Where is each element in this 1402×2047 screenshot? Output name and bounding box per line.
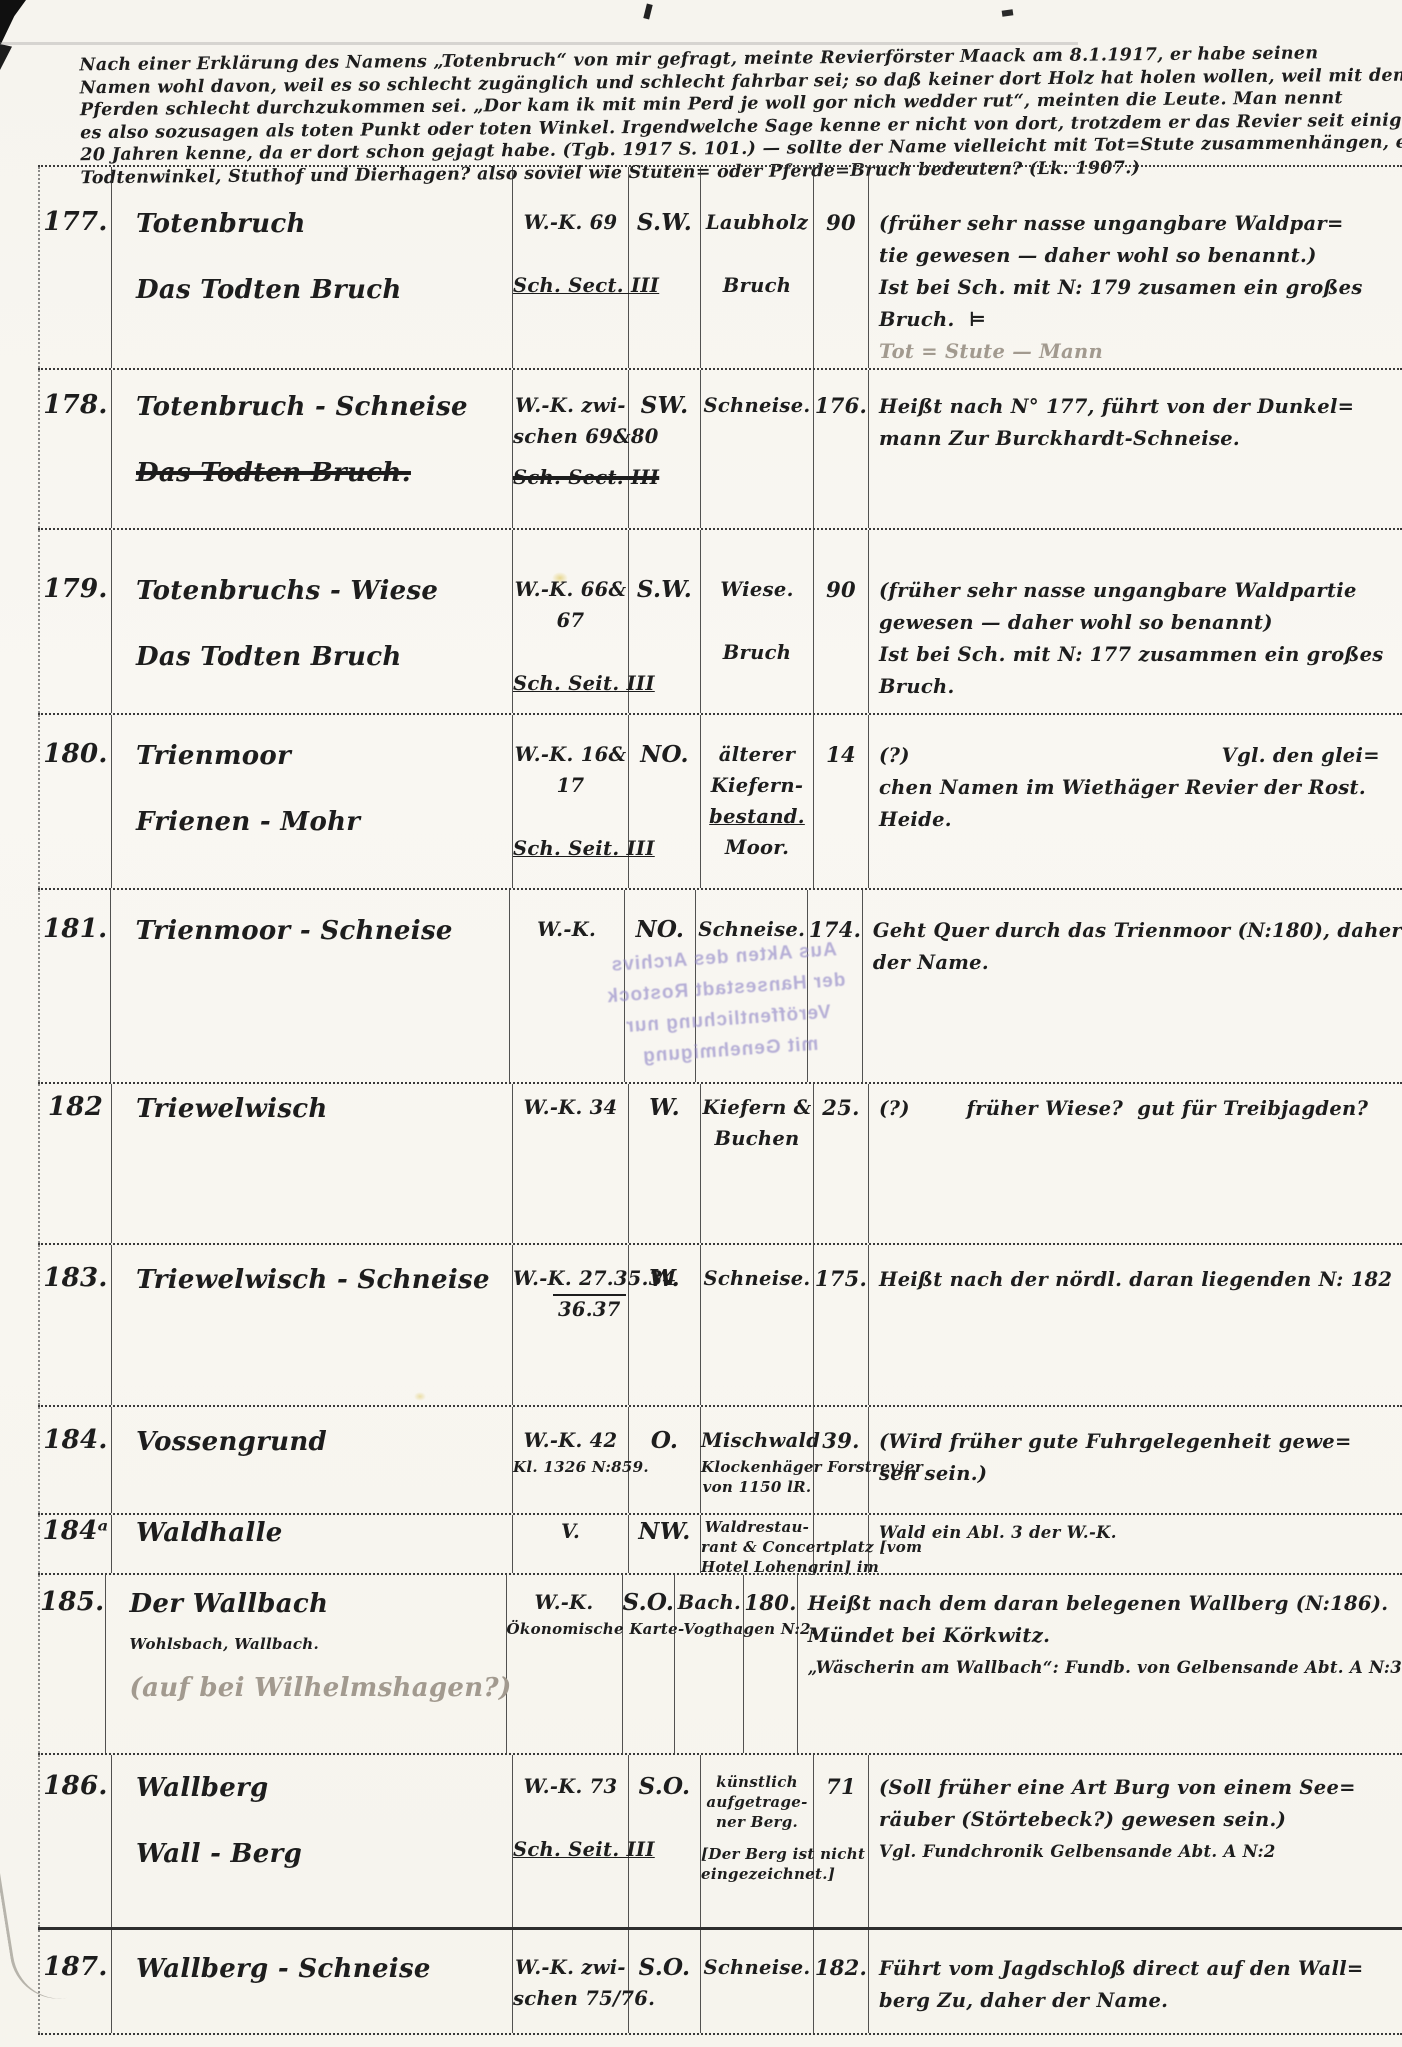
rem-line: mann Zur Burckhardt-Schneise.	[879, 424, 1402, 454]
type-line: Schneise.	[701, 1954, 813, 1981]
map-line: Sch. Sect. III	[513, 464, 628, 491]
rem-line: Heißt nach dem daran belegenen Wallberg …	[808, 1589, 1402, 1619]
cell-place-name: Der WallbachWohlsbach, Wallbach.(auf bei…	[106, 1575, 507, 1753]
cell-number: 186.	[38, 1755, 112, 1927]
rem-line: Heißt nach N° 177, führt von der Dunkel=	[879, 392, 1402, 422]
type-line: Moor.	[701, 834, 813, 861]
direction-value: O.	[629, 1427, 700, 1454]
cell-number: 179.	[38, 530, 112, 713]
map-line: W.-K. 73	[513, 1773, 628, 1800]
rem-line: räuber (Störtebeck?) gewesen sein.)	[879, 1805, 1402, 1835]
cell-number: 187.	[38, 1930, 112, 2033]
name-line: Das Todten Bruch	[136, 275, 512, 305]
type-line: künstlich	[701, 1773, 813, 1791]
rem-line: tie gewesen — daher wohl so benannt.)	[879, 241, 1402, 271]
rem-line: der Name.	[873, 948, 1402, 978]
type-line: Kiefern &	[701, 1094, 813, 1121]
direction-value: S.O.	[629, 1954, 700, 1981]
rem-line: Mündet bei Körkwitz.	[808, 1621, 1402, 1651]
map-line: schen 69&80	[513, 423, 628, 450]
row-number: 179.	[40, 576, 111, 603]
cell-map-reference: W.-K. 69Sch. Sect. III	[513, 167, 629, 368]
cell-number: 184.	[38, 1407, 112, 1513]
name-line: Frienen - Mohr	[136, 807, 512, 837]
cell-remarks: (früher sehr nasse ungangbare Waldpartie…	[869, 530, 1402, 713]
rem-line: sen sein.)	[879, 1459, 1402, 1489]
type-line: Kiefern-	[701, 772, 813, 799]
direction-value: S.O.	[629, 1773, 700, 1800]
type-line: Wiese.	[701, 576, 813, 603]
direction-value: W.	[629, 1094, 700, 1121]
cell-number: 178.	[38, 370, 112, 528]
cell-place-name: Triewelwisch	[112, 1084, 513, 1243]
rem-line: Wald ein Abl. 3 der W.-K.	[879, 1518, 1402, 1548]
cell-remarks: Geht Quer durch das Trienmoor (N:180), d…	[863, 890, 1402, 1082]
direction-value: SW.	[629, 392, 700, 419]
rem-line: Heißt nach der nördl. daran liegenden N:…	[879, 1265, 1402, 1295]
type-line: ner Berg.	[701, 1813, 813, 1831]
map-line: schen 75/76.	[513, 1985, 628, 2012]
name-line: Trienmoor - Schneise	[135, 916, 508, 946]
cell-direction: SW.	[629, 370, 701, 528]
cell-direction: S.O.	[623, 1575, 676, 1753]
cell-place-name: TotenbruchDas Todten Bruch	[112, 167, 513, 368]
rem-line: „Wäscherin am Wallbach“: Fundb. von Gelb…	[808, 1653, 1402, 1683]
cell-secondary-number: 90	[814, 167, 869, 368]
direction-value: S.W.	[629, 576, 700, 603]
cell-number: 177.	[38, 167, 112, 368]
name-line: Triewelwisch - Schneise	[136, 1265, 512, 1295]
map-line: 36.37	[553, 1294, 626, 1323]
type-line: Bruch	[701, 639, 813, 666]
cell-place-name: Waldhalle	[112, 1515, 513, 1573]
cell-secondary-number: 14	[814, 715, 869, 888]
cell-secondary-number: 25.	[814, 1084, 869, 1243]
cell-remarks: (Soll früher eine Art Burg von einem See…	[869, 1755, 1402, 1927]
cell-remarks: Heißt nach der nördl. daran liegenden N:…	[869, 1245, 1402, 1405]
cell-remarks: Führt vom Jagdschloß direct auf den Wall…	[869, 1930, 1402, 2033]
cell-place-name: Triewelwisch - Schneise	[112, 1245, 513, 1405]
cell-map-reference: W.-K. 42Kl. 1326 N:859.	[513, 1407, 629, 1513]
cell-terrain-type: MischwaldKlockenhäger Forstreviervon 115…	[701, 1407, 814, 1513]
cell-direction: W.	[629, 1084, 701, 1243]
type-line: [Der Berg ist nicht	[701, 1845, 813, 1863]
cell-place-name: Totenbruch - SchneiseDas Todten Bruch.	[112, 370, 513, 528]
row-number: 185.	[40, 1589, 105, 1616]
rem-line: Bruch.	[879, 672, 1402, 702]
rem-line: chen Namen im Wiethäger Revier der Rost.	[879, 773, 1402, 803]
cell-direction: NO.	[629, 715, 701, 888]
map-line: W.-K. 27.35.34	[513, 1265, 628, 1292]
secondary-number-value: 25.	[814, 1094, 868, 1121]
rem-line: Vgl. Fundchronik Gelbensande Abt. A N:2	[879, 1837, 1402, 1867]
map-line: W.-K. 69	[513, 209, 628, 236]
table-row-186: 186.WallbergWall - BergW.-K. 73Sch. Seit…	[38, 1753, 1402, 1927]
type-line: Klockenhäger Forstrevier	[701, 1458, 813, 1476]
cell-map-reference: W.-K. zwi-schen 75/76.	[513, 1930, 629, 2033]
cell-terrain-type: LaubholzBruch	[701, 167, 814, 368]
cell-map-reference: W.-K. 27.35.3436.37	[513, 1245, 629, 1405]
cell-secondary-number: 176.	[814, 370, 869, 528]
map-line: Kl. 1326 N:859.	[513, 1458, 628, 1476]
secondary-number-value: 176.	[814, 392, 868, 419]
map-line: W.-K. zwi-	[513, 392, 628, 419]
cell-number: 183.	[38, 1245, 112, 1405]
table-row-178: 178.Totenbruch - SchneiseDas Todten Bruc…	[38, 368, 1402, 528]
cell-terrain-type: ältererKiefern-bestand.Moor.	[701, 715, 814, 888]
table-row-179: 179.Totenbruchs - WieseDas Todten BruchW…	[38, 528, 1402, 713]
rem-line: gewesen — daher wohl so benannt)	[879, 608, 1402, 638]
table-row-177: 177.TotenbruchDas Todten BruchW.-K. 69Sc…	[38, 165, 1402, 368]
type-line: bestand.	[701, 803, 813, 830]
scan-ink-speck	[1002, 9, 1014, 16]
map-line: Sch. Sect. III	[513, 272, 628, 299]
secondary-number-value: 182.	[814, 1954, 868, 1981]
type-line: älterer	[701, 741, 813, 768]
cell-map-reference: W.-K. 73Sch. Seit. III	[513, 1755, 629, 1927]
rem-line: (?) früher Wiese? gut für Treibjagden?	[879, 1094, 1402, 1124]
cell-secondary-number: 180.	[744, 1575, 797, 1753]
cell-remarks: Heißt nach N° 177, führt von der Dunkel=…	[869, 370, 1402, 528]
scan-edge-line	[0, 42, 1078, 45]
cell-remarks: (?) Vgl. den glei=chen Namen im Wiethäge…	[869, 715, 1402, 888]
type-line: aufgetrage-	[701, 1793, 813, 1811]
scan-corner-artifact	[0, 0, 26, 46]
cell-terrain-type: Schneise.	[701, 1245, 814, 1405]
cell-map-reference: W.-K. 34	[513, 1084, 629, 1243]
cell-remarks: Wald ein Abl. 3 der W.-K.	[869, 1515, 1402, 1573]
rem-line: Heide.	[879, 805, 1402, 835]
map-line: Sch. Seit. III	[513, 670, 628, 697]
cell-remarks: Heißt nach dem daran belegenen Wallberg …	[798, 1575, 1402, 1753]
name-line: Der Wallbach	[130, 1589, 506, 1619]
cell-number: 184ᵃ	[38, 1515, 112, 1573]
cell-terrain-type: Kiefern &Buchen	[701, 1084, 814, 1243]
row-number: 184.	[40, 1427, 111, 1454]
cell-secondary-number: 175.	[814, 1245, 869, 1405]
name-line: Wohlsbach, Wallbach.	[130, 1629, 506, 1659]
type-line: Schneise.	[701, 392, 813, 419]
name-line: Wallberg	[136, 1773, 512, 1803]
cell-direction: O.	[629, 1407, 701, 1513]
map-line: W.-K. 66&	[513, 576, 628, 603]
direction-value: W.	[629, 1265, 700, 1292]
cell-number: 181.	[38, 890, 111, 1082]
rem-line: (Wird früher gute Fuhrgelegenheit gewe=	[879, 1427, 1402, 1457]
archive-stamp: Aus Akten des Archivsder Hansestadt Rost…	[588, 933, 866, 1076]
cell-direction: W.	[629, 1245, 701, 1405]
type-line: Bach.	[675, 1589, 743, 1616]
name-line: Totenbruchs - Wiese	[136, 576, 512, 606]
direction-value: NO.	[629, 741, 700, 768]
table-row-184: 184ᵃWaldhalleV.NW.Waldrestau-rant & Conc…	[38, 1513, 1402, 1573]
cell-map-reference: W.-K. zwi-schen 69&80Sch. Sect. III	[513, 370, 629, 528]
row-number: 180.	[40, 741, 111, 768]
table-row-185: 185.Der WallbachWohlsbach, Wallbach.(auf…	[38, 1573, 1402, 1753]
cell-map-reference: W.-K. 16&17Sch. Seit. III	[513, 715, 629, 888]
cell-remarks: (?) früher Wiese? gut für Treibjagden?	[869, 1084, 1402, 1243]
rem-line: (Soll früher eine Art Burg von einem See…	[879, 1773, 1402, 1803]
cell-number: 180.	[38, 715, 112, 888]
cell-terrain-type: Schneise.	[701, 370, 814, 528]
type-line: Bruch	[701, 272, 813, 299]
direction-value: NO.	[625, 916, 695, 943]
cell-map-reference: W.-K.Ökonomische Karte-Vogthagen N:2.	[507, 1575, 623, 1753]
scan-ink-speck	[643, 3, 652, 19]
map-line: W.-K.	[510, 916, 624, 943]
type-line: Laubholz	[701, 209, 813, 236]
type-line: Buchen	[701, 1125, 813, 1152]
row-number: 186.	[40, 1773, 111, 1800]
map-line: V.	[513, 1518, 628, 1545]
row-number: 178.	[40, 392, 111, 419]
row-number: 181.	[40, 916, 110, 943]
map-line: Sch. Seit. III	[513, 1836, 628, 1863]
map-line: W.-K. 42	[513, 1427, 628, 1454]
secondary-number-value: 14	[814, 741, 868, 768]
row-number: 182	[40, 1094, 111, 1121]
type-line: von 1150 lR.	[701, 1478, 813, 1496]
rem-line: Ist bei Sch. mit N: 179 zusamen ein groß…	[879, 273, 1402, 303]
rem-line: (früher sehr nasse ungangbare Waldpartie	[879, 576, 1402, 606]
map-line: W.-K. 34	[513, 1094, 628, 1121]
type-line: Schneise.	[701, 1265, 813, 1292]
name-line: Das Todten Bruch.	[136, 458, 512, 488]
name-line: Totenbruch	[136, 209, 512, 239]
cell-place-name: Totenbruchs - WieseDas Todten Bruch	[112, 530, 513, 713]
scan-corner-artifact-small	[0, 44, 12, 70]
name-line: Wallberg - Schneise	[136, 1954, 512, 1984]
name-line: (auf bei Wilhelmshagen?)	[130, 1673, 506, 1703]
rem-line: Führt vom Jagdschloß direct auf den Wall…	[879, 1954, 1402, 1984]
table-row-184: 184.VossengrundW.-K. 42Kl. 1326 N:859.O.…	[38, 1405, 1402, 1513]
row-number: 184ᵃ	[40, 1518, 111, 1545]
map-line: W.-K. zwi-	[513, 1954, 628, 1981]
name-line: Waldhalle	[136, 1518, 512, 1548]
rem-line: Tot = Stute — Mann	[879, 337, 1402, 367]
cell-direction: S.W.	[629, 530, 701, 713]
map-line: 67	[513, 607, 628, 634]
cell-direction: S.O.	[629, 1755, 701, 1927]
secondary-number-value: 175.	[814, 1265, 868, 1292]
cell-terrain-type: Bach.	[675, 1575, 744, 1753]
table-row-183: 183.Triewelwisch - SchneiseW.-K. 27.35.3…	[38, 1243, 1402, 1405]
cell-place-name: Vossengrund	[112, 1407, 513, 1513]
map-line: Sch. Seit. III	[513, 835, 628, 862]
cell-remarks: (Wird früher gute Fuhrgelegenheit gewe=s…	[869, 1407, 1402, 1513]
cell-map-reference: V.	[513, 1515, 629, 1573]
name-line: Totenbruch - Schneise	[136, 392, 512, 422]
rem-line: (früher sehr nasse ungangbare Waldpar=	[879, 209, 1402, 239]
direction-value: NW.	[629, 1518, 700, 1545]
table-row-187: 187.Wallberg - SchneiseW.-K. zwi-schen 7…	[38, 1927, 1402, 2033]
secondary-number-value: 90	[814, 209, 868, 236]
cell-remarks: (früher sehr nasse ungangbare Waldpar=ti…	[869, 167, 1402, 368]
cell-secondary-number: 182.	[814, 1930, 869, 2033]
row-number: 183.	[40, 1265, 111, 1292]
cell-direction: NW.	[629, 1515, 701, 1573]
cell-number: 185.	[38, 1575, 106, 1753]
name-line: Vossengrund	[136, 1427, 512, 1457]
cell-place-name: Trienmoor - Schneise	[111, 890, 509, 1082]
name-line: Triewelwisch	[136, 1094, 512, 1124]
cell-place-name: WallbergWall - Berg	[112, 1755, 513, 1927]
table-row-180: 180.TrienmoorFrienen - MohrW.-K. 16&17Sc…	[38, 713, 1402, 888]
row-number: 177.	[40, 209, 111, 236]
cell-secondary-number: 71	[814, 1755, 869, 1927]
secondary-number-value: 71	[814, 1773, 868, 1800]
rem-line: Bruch. ⊨	[879, 305, 1402, 335]
map-line: W.-K.	[507, 1589, 622, 1616]
cell-terrain-type: künstlichaufgetrage-ner Berg.[Der Berg i…	[701, 1755, 814, 1927]
cell-secondary-number	[814, 1515, 869, 1573]
cell-terrain-type: Schneise.	[701, 1930, 814, 2033]
secondary-number-value: 39.	[814, 1427, 868, 1454]
type-line: rant & Concertplatz [vom	[701, 1538, 813, 1556]
direction-value: S.W.	[629, 209, 700, 236]
map-line: 17	[513, 772, 628, 799]
type-line: eingezeichnet.]	[701, 1865, 813, 1883]
cell-direction: S.W.	[629, 167, 701, 368]
type-line: Mischwald	[701, 1427, 813, 1454]
cell-terrain-type: Waldrestau-rant & Concertplatz [vomHotel…	[701, 1515, 814, 1573]
cell-place-name: Wallberg - Schneise	[112, 1930, 513, 2033]
rem-line: berg Zu, daher der Name.	[879, 1986, 1402, 2016]
rem-line: Geht Quer durch das Trienmoor (N:180), d…	[873, 916, 1402, 946]
name-line: Trienmoor	[136, 741, 512, 771]
row-number: 187.	[40, 1954, 111, 1981]
map-line: W.-K. 16&	[513, 741, 628, 768]
cell-map-reference: W.-K. 66&67Sch. Seit. III	[513, 530, 629, 713]
register-table: 177.TotenbruchDas Todten BruchW.-K. 69Sc…	[38, 165, 1402, 2035]
type-line: Waldrestau-	[701, 1518, 813, 1536]
cell-secondary-number: 39.	[814, 1407, 869, 1513]
rem-line: (?) Vgl. den glei=	[879, 741, 1402, 771]
table-row-182: 182TriewelwischW.-K. 34W.Kiefern &Buchen…	[38, 1082, 1402, 1243]
map-line: Ökonomische Karte-Vogthagen N:2.	[507, 1620, 622, 1638]
cell-terrain-type: Wiese.Bruch	[701, 530, 814, 713]
cell-number: 182	[38, 1084, 112, 1243]
rem-line: Ist bei Sch. mit N: 177 zusammen ein gro…	[879, 640, 1402, 670]
name-line: Das Todten Bruch	[136, 642, 512, 672]
cell-secondary-number: 90	[814, 530, 869, 713]
cell-direction: S.O.	[629, 1930, 701, 2033]
name-line: Wall - Berg	[136, 1839, 512, 1869]
secondary-number-value: 90	[814, 576, 868, 603]
direction-value: S.O.	[623, 1589, 675, 1616]
secondary-number-value: 180.	[744, 1589, 796, 1616]
cell-place-name: TrienmoorFrienen - Mohr	[112, 715, 513, 888]
